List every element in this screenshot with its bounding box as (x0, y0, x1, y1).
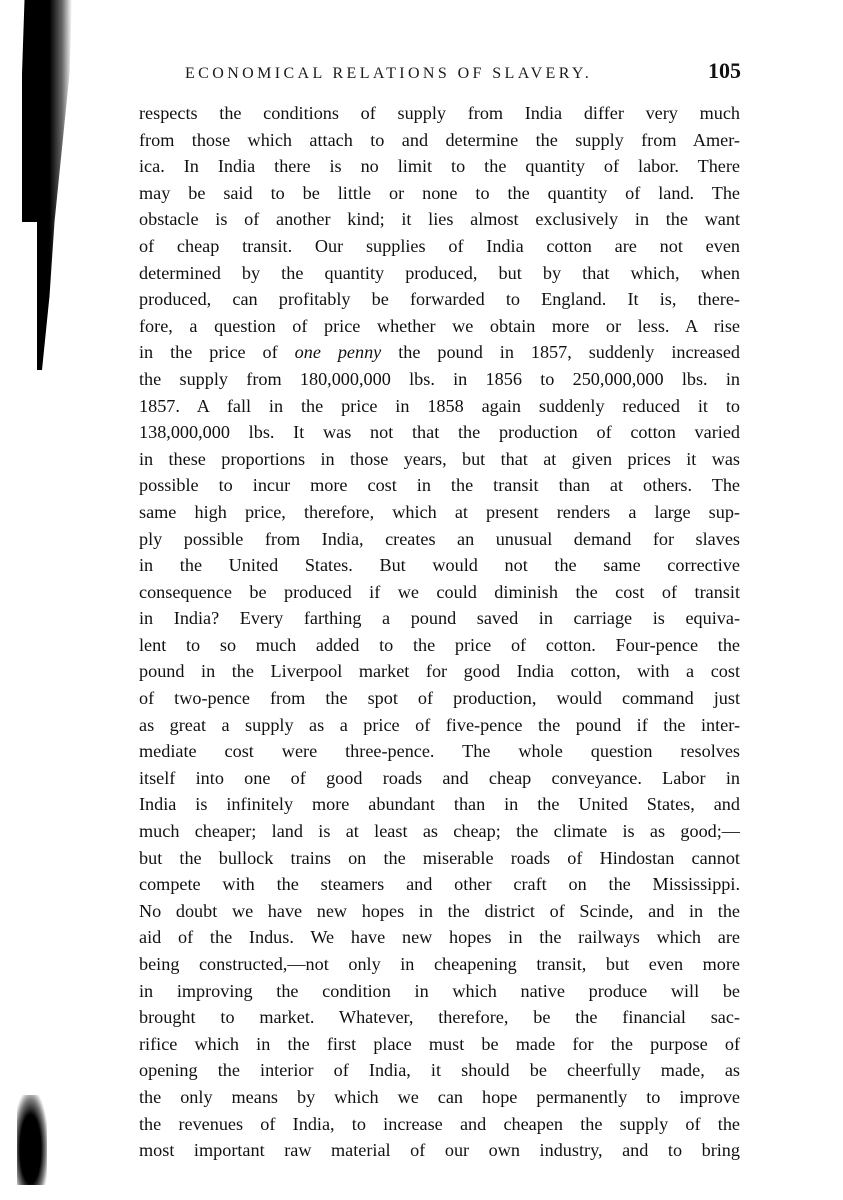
text-line: may be said to be little or none to the … (139, 180, 740, 207)
text-line: ply possible from India, creates an unus… (139, 526, 740, 553)
text-line: same high price, therefore, which at pre… (139, 499, 740, 526)
text-segment: the pound in 1857, suddenly increased (381, 342, 740, 362)
text-line: possible to incur more cost in the trans… (139, 472, 740, 499)
text-line: being constructed,—not only in cheapenin… (139, 951, 740, 978)
text-line: obstacle is of another kind; it lies alm… (139, 206, 740, 233)
text-line: of cheap transit. Our supplies of India … (139, 233, 740, 260)
text-line: the supply from 180,000,000 lbs. in 1856… (139, 366, 740, 393)
text-line: in India? Every farthing a pound saved i… (139, 605, 740, 632)
text-line: in the price of one penny the pound in 1… (139, 339, 740, 366)
text-line: as great a supply as a price of five-pen… (139, 712, 740, 739)
text-line: the only means by which we can hope perm… (139, 1084, 740, 1111)
text-line: but the bullock trains on the miserable … (139, 845, 740, 872)
text-line: No doubt we have new hopes in the distri… (139, 898, 740, 925)
book-page: ECONOMICAL RELATIONS OF SLAVERY. 105 res… (0, 0, 843, 1200)
running-header: ECONOMICAL RELATIONS OF SLAVERY. 105 (185, 58, 741, 84)
text-line: respects the conditions of supply from I… (139, 100, 740, 127)
text-line: produced, can profitably be forwarded to… (139, 286, 740, 313)
text-line: in improving the condition in which nati… (139, 978, 740, 1005)
text-line: 1857. A fall in the price in 1858 again … (139, 393, 740, 420)
text-line: in the United States. But would not the … (139, 552, 740, 579)
text-line: the revenues of India, to increase and c… (139, 1111, 740, 1138)
text-line: lent to so much added to the price of co… (139, 632, 740, 659)
italic-emphasis: one penny (295, 342, 382, 362)
page-number: 105 (708, 58, 741, 84)
body-text: respects the conditions of supply from I… (139, 100, 740, 1164)
text-line: determined by the quantity produced, but… (139, 260, 740, 287)
scan-binding-shadow (22, 0, 72, 370)
text-line: India is infinitely more abundant than i… (139, 791, 740, 818)
text-line: ica. In India there is no limit to the q… (139, 153, 740, 180)
text-line: consequence be produced if we could dimi… (139, 579, 740, 606)
text-line: in these proportions in those years, but… (139, 446, 740, 473)
running-title: ECONOMICAL RELATIONS OF SLAVERY. (185, 65, 592, 83)
scan-binding-smudge (17, 1095, 47, 1185)
text-line: mediate cost were three-pence. The whole… (139, 738, 740, 765)
text-line: much cheaper; land is at least as cheap;… (139, 818, 740, 845)
text-line: compete with the steamers and other craf… (139, 871, 740, 898)
text-line: from those which attach to and determine… (139, 127, 740, 154)
text-line: opening the interior of India, it should… (139, 1057, 740, 1084)
text-line: fore, a question of price whether we obt… (139, 313, 740, 340)
text-line: aid of the Indus. We have new hopes in t… (139, 924, 740, 951)
text-line: of two-pence from the spot of production… (139, 685, 740, 712)
text-line: brought to market. Whatever, therefore, … (139, 1004, 740, 1031)
text-segment: in the price of (139, 342, 295, 362)
text-line: rifice which in the first place must be … (139, 1031, 740, 1058)
text-line: itself into one of good roads and cheap … (139, 765, 740, 792)
text-line: pound in the Liverpool market for good I… (139, 658, 740, 685)
text-line: 138,000,000 lbs. It was not that the pro… (139, 419, 740, 446)
text-line: most important raw material of our own i… (139, 1137, 740, 1164)
